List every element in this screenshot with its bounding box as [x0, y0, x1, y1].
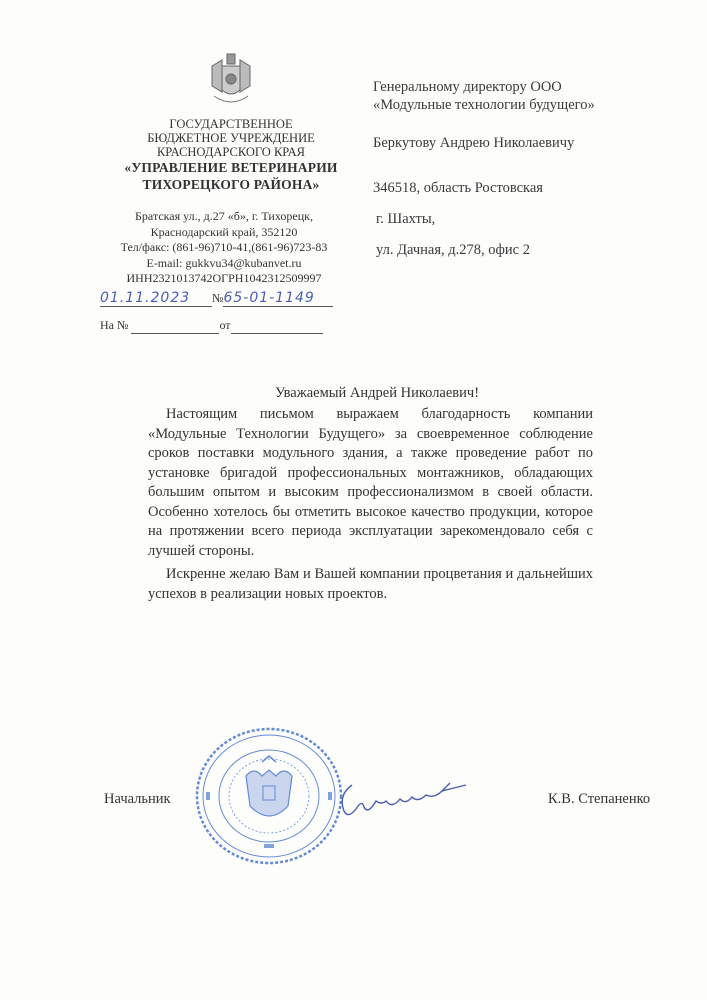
address-line: Братская ул., д.27 «б», г. Тихорецк,	[84, 209, 364, 225]
outgoing-registration: 01.11.2023№65-01-1149	[100, 290, 333, 307]
org-name-line: ТИХОРЕЦКОГО РАЙОНА»	[100, 176, 362, 193]
signatory-position: Начальник	[104, 791, 171, 808]
recipient-position: Генеральному директору ООО «Модульные те…	[373, 78, 673, 114]
recipient-address-line: г. Шахты,	[376, 210, 676, 228]
sender-address: Братская ул., д.27 «б», г. Тихорецк, Кра…	[84, 209, 364, 287]
letter-date: 01.11.2023	[100, 290, 190, 306]
letter-number: 65-01-1149	[223, 290, 314, 306]
recipient-address-line: ул. Дачная, д.278, офис 2	[376, 241, 676, 259]
email-line: E-mail: gukkvu34@kubanvet.ru	[84, 256, 364, 272]
coat-of-arms-icon	[200, 52, 262, 110]
recipient-line: Генеральному директору ООО	[373, 78, 673, 96]
paragraph: Настоящим письмом выражаем благодарность…	[148, 405, 593, 561]
org-name-line: «УПРАВЛЕНИЕ ВЕТЕРИНАРИИ	[100, 159, 362, 176]
ref-date-blank	[231, 318, 323, 334]
org-line: БЮДЖЕТНОЕ УЧРЕЖДЕНИЕ	[100, 131, 362, 145]
sender-organization: ГОСУДАРСТВЕННОЕ БЮДЖЕТНОЕ УЧРЕЖДЕНИЕ КРА…	[100, 117, 362, 193]
greeting: Уважаемый Андрей Николаевич!	[275, 385, 479, 402]
phone-line: Тел/факс: (861-96)710-41,(861-96)723-83	[84, 240, 364, 256]
recipient-address-line: 346518, область Ростовская	[373, 179, 673, 197]
org-line: ГОСУДАРСТВЕННОЕ	[100, 117, 362, 131]
signatory-name: К.В. Степаненко	[548, 791, 650, 808]
address-line: Краснодарский край, 352120	[84, 225, 364, 241]
official-seal-icon	[194, 726, 344, 866]
letter-body: Настоящим письмом выражаем благодарность…	[148, 405, 593, 608]
recipient-company: «Модульные технологии будущего»	[373, 96, 673, 114]
recipient-name: Беркутову Андрею Николаевичу	[373, 134, 673, 152]
ref-number-blank	[131, 318, 219, 334]
ref-label: На №	[100, 318, 128, 332]
inn-ogrn-line: ИНН2321013742ОГРН1042312509997	[84, 271, 364, 287]
incoming-reference: На № от	[100, 318, 323, 334]
number-label: №	[212, 291, 223, 305]
org-line: КРАСНОДАРСКОГО КРАЯ	[100, 145, 362, 159]
handwritten-signature-icon	[334, 775, 484, 825]
ref-from-label: от	[219, 318, 230, 332]
paragraph: Искренне желаю Вам и Вашей компании проц…	[148, 565, 593, 604]
